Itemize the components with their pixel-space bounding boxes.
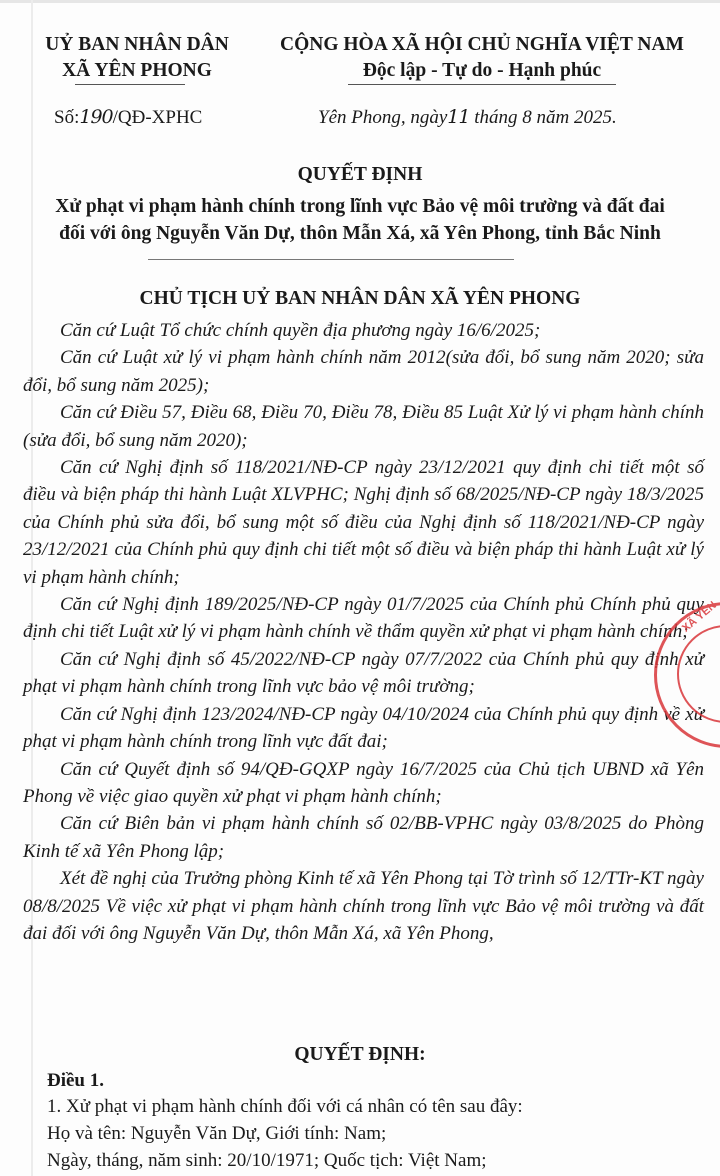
subtitle-line-2: đối với ông Nguyễn Văn Dự, thôn Mẫn Xá, … [0,220,720,247]
document-date: Yên Phong, ngày11 tháng 8 năm 2025. [318,106,617,129]
document-number: Số:190/QĐ-XPHC [54,106,202,129]
stamp-inner-ring [677,625,720,723]
preamble: Căn cứ Luật Tổ chức chính quyền địa phươ… [23,317,704,947]
decision-heading: QUYẾT ĐỊNH: [0,1044,720,1066]
page-top-edge [0,0,720,3]
handwritten-number: 190 [79,106,112,128]
article-line: 1. Xử phạt vi phạm hành chính đối với cá… [47,1096,523,1118]
number-suffix: /QĐ-XPHC [113,107,203,128]
preamble-item: Xét đề nghị của Trưởng phòng Kinh tế xã … [23,865,704,947]
date-prefix: Yên Phong, ngày [318,107,447,128]
handwritten-day: 11 [447,106,469,128]
preamble-item: Căn cứ Nghị định 123/2024/NĐ-CP ngày 04/… [23,701,704,756]
agency-underline [75,84,185,85]
article-1-heading: Điều 1. [47,1070,104,1092]
agency-line-1: UỶ BAN NHÂN DÂN [28,32,246,58]
preamble-item: Căn cứ Luật xử lý vi phạm hành chính năm… [23,344,704,399]
national-motto: CỘNG HÒA XÃ HỘI CHỦ NGHĨA VIỆT NAM Độc l… [262,32,702,84]
country-name: CỘNG HÒA XÃ HỘI CHỦ NGHĨA VIỆT NAM [262,32,702,58]
motto-underline [348,84,616,85]
decision-subtitle: Xử phạt vi phạm hành chính trong lĩnh vự… [0,193,720,247]
title-underline [148,259,514,260]
subtitle-line-1: Xử phạt vi phạm hành chính trong lĩnh vự… [0,193,720,220]
agency-line-2: XÃ YÊN PHONG [28,58,246,84]
authority-heading: CHỦ TỊCH UỶ BAN NHÂN DÂN XÃ YÊN PHONG [0,288,720,310]
preamble-item: Căn cứ Quyết định số 94/QĐ-GQXP ngày 16/… [23,756,704,811]
preamble-item: Căn cứ Điều 57, Điều 68, Điều 70, Điều 7… [23,399,704,454]
issuing-agency: UỶ BAN NHÂN DÂN XÃ YÊN PHONG [28,32,246,84]
number-prefix: Số: [54,107,79,128]
decision-title: QUYẾT ĐỊNH [0,164,720,186]
preamble-item: Căn cứ Nghị định số 118/2021/NĐ-CP ngày … [23,454,704,591]
preamble-item: Căn cứ Nghị định 189/2025/NĐ-CP ngày 01/… [23,591,704,646]
preamble-item: Căn cứ Luật Tổ chức chính quyền địa phươ… [23,317,704,344]
motto: Độc lập - Tự do - Hạnh phúc [262,58,702,84]
article-line: Ngày, tháng, năm sinh: 20/10/1971; Quốc … [47,1150,487,1172]
article-line: Họ và tên: Nguyễn Văn Dự, Giới tính: Nam… [47,1123,386,1145]
preamble-item: Căn cứ Biên bản vi phạm hành chính số 02… [23,810,704,865]
preamble-item: Căn cứ Nghị định số 45/2022/NĐ-CP ngày 0… [23,646,704,701]
date-suffix: tháng 8 năm 2025. [469,107,616,128]
